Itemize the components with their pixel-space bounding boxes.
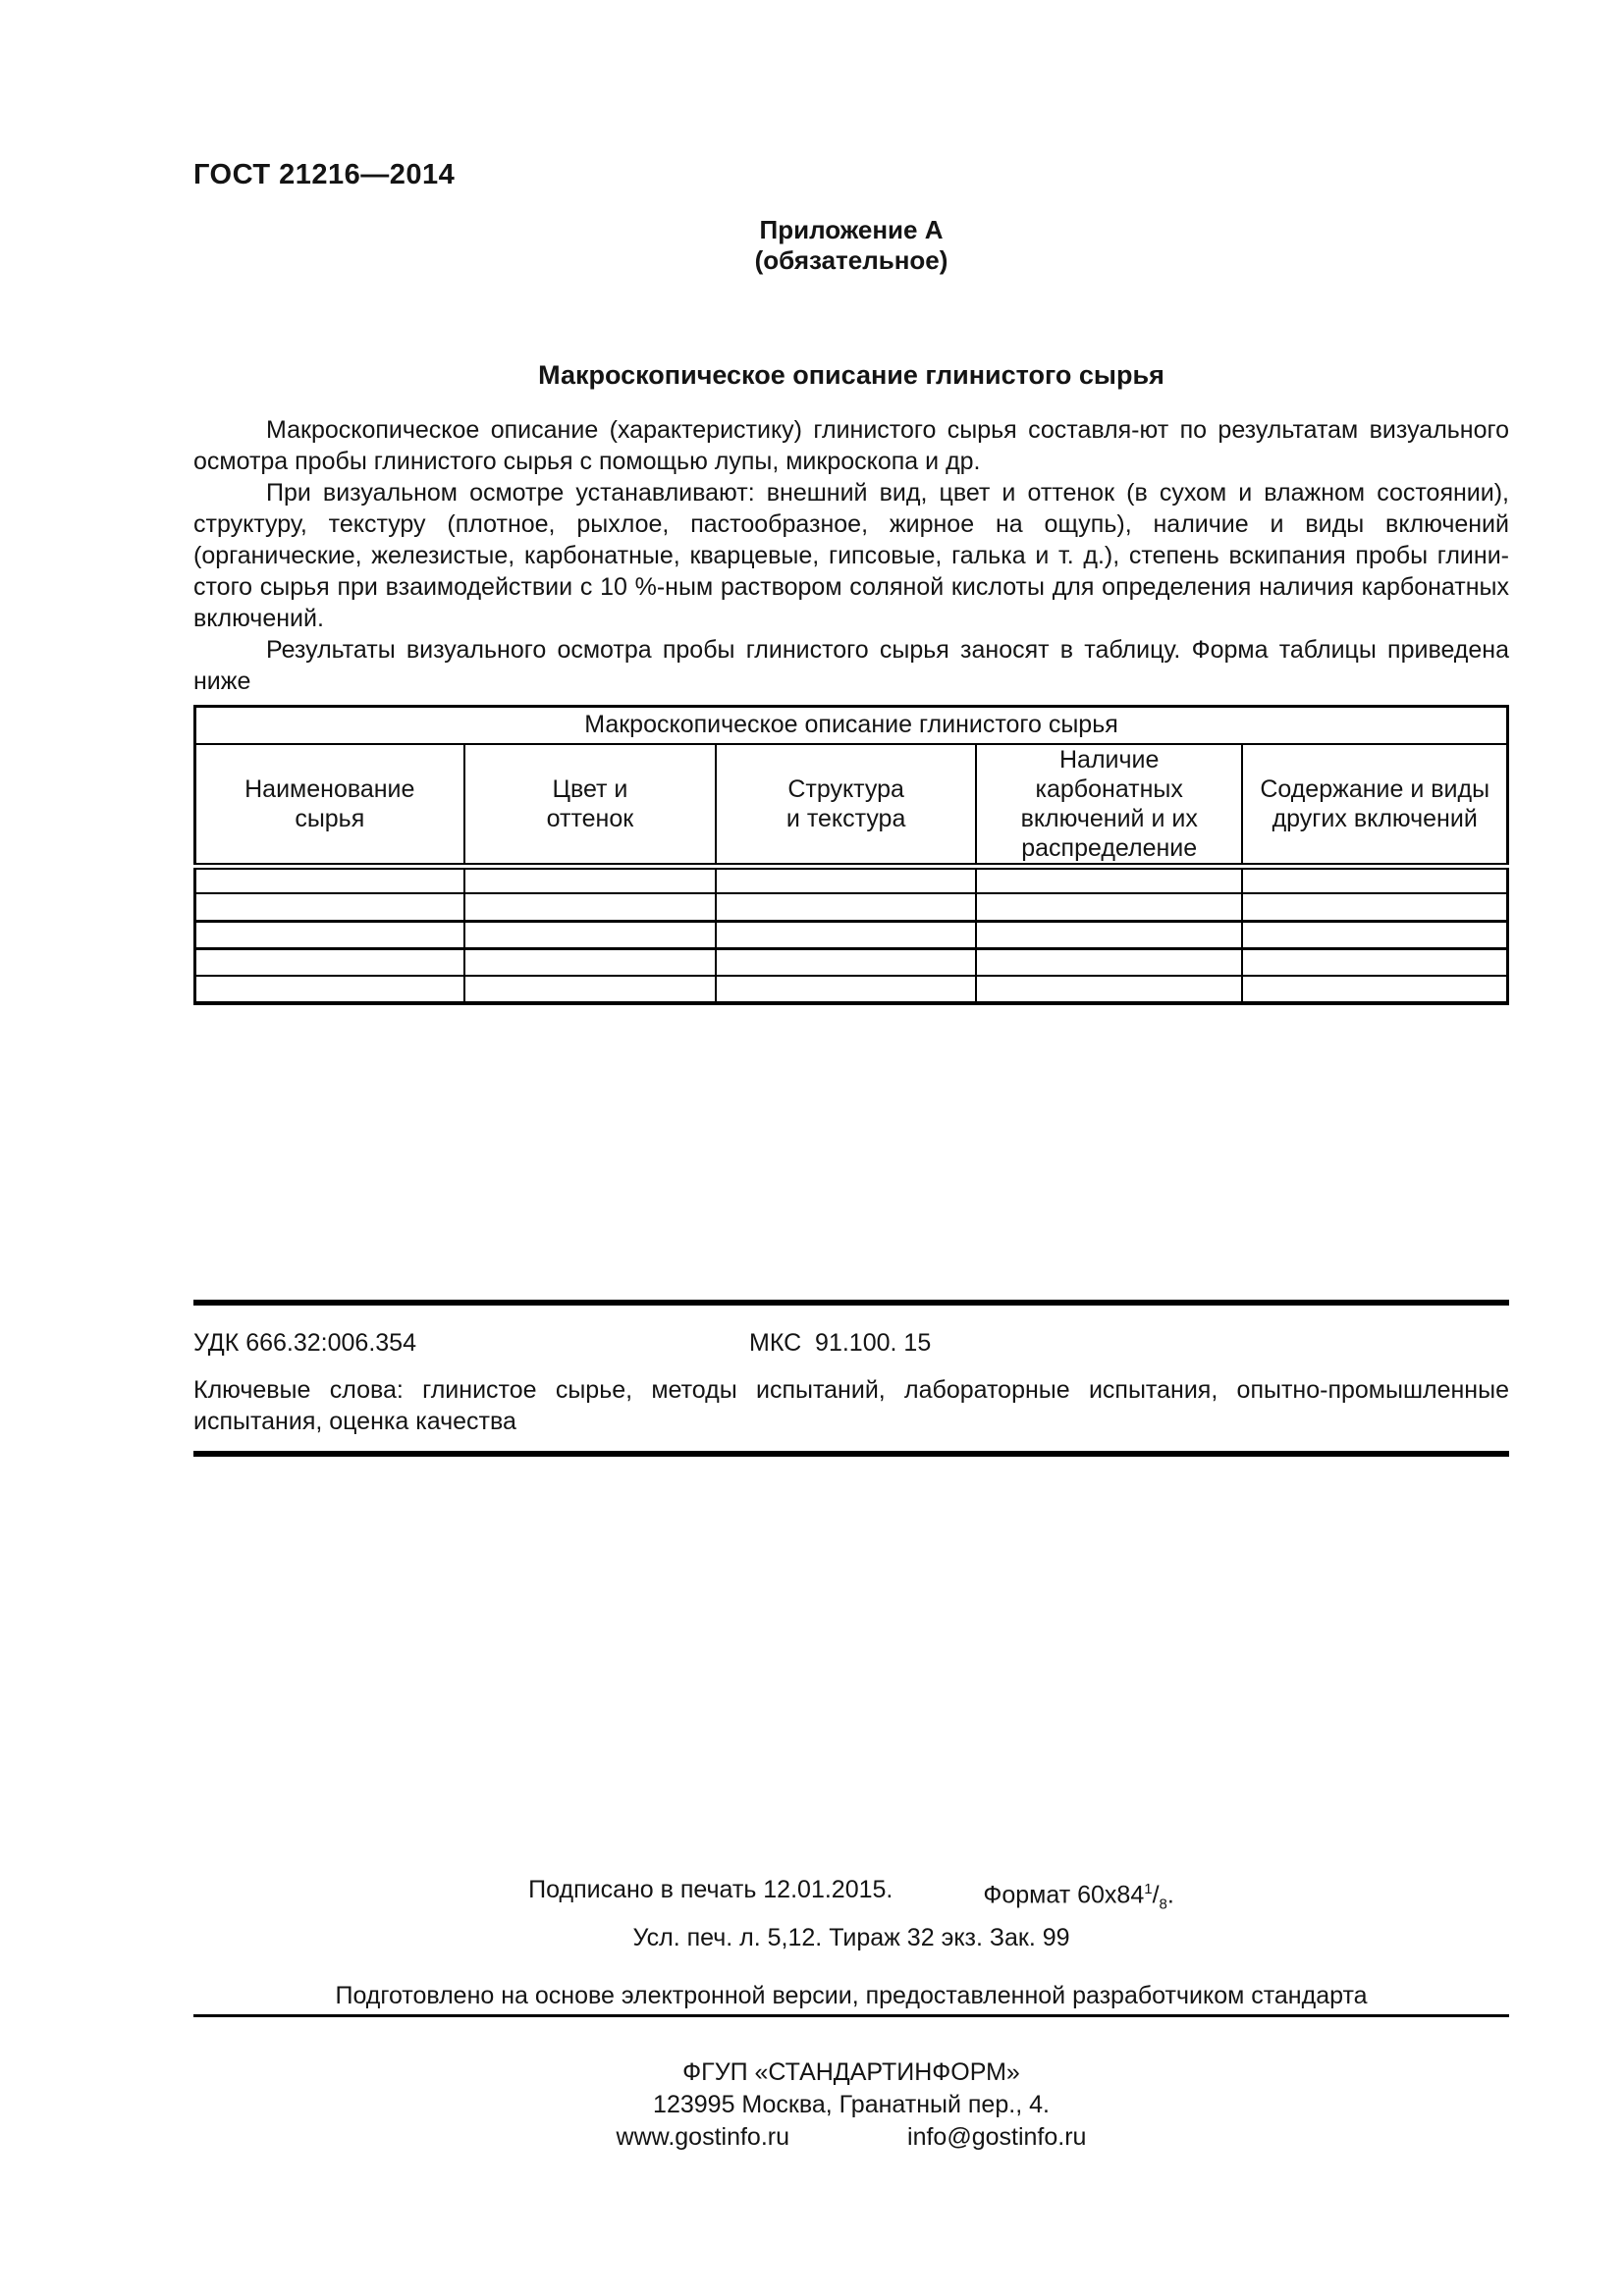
empty-cell <box>716 866 976 893</box>
empty-cell <box>716 921 976 948</box>
publisher-name: ФГУП «СТАНДАРТИНФОРМ» <box>193 2056 1509 2089</box>
signed-to-print: Подписано в печать 12.01.2015. <box>528 1873 893 1921</box>
document-page: ГОСТ 21216—2014 Приложение А (обязательн… <box>0 0 1624 2296</box>
empty-data-row <box>195 893 1508 921</box>
imprint-block: Подписано в печать 12.01.2015. Формат 60… <box>193 1873 1509 1954</box>
empty-cell <box>976 948 1242 976</box>
publisher-links: www.gostinfo.ru info@gostinfo.ru <box>193 2121 1509 2154</box>
empty-cell <box>195 893 464 921</box>
empty-cell <box>976 976 1242 1003</box>
empty-cell <box>1242 976 1507 1003</box>
empty-data-row <box>195 948 1508 976</box>
empty-cell <box>716 893 976 921</box>
table-header-row: Наименование сырьяЦвет и оттенокСтруктур… <box>195 744 1508 867</box>
mks-code: МКС 91.100. 15 <box>749 1327 931 1359</box>
udk-section: УДК 666.32:006.354 МКС 91.100. 15 Ключев… <box>193 1300 1509 1457</box>
empty-data-row <box>195 921 1508 948</box>
doc-number: ГОСТ 21216—2014 <box>193 159 1509 191</box>
empty-cell <box>716 948 976 976</box>
appendix-heading: Приложение А (обязательное) <box>193 215 1509 276</box>
publisher-email: info@gostinfo.ru <box>907 2121 1086 2154</box>
empty-cell <box>195 866 464 893</box>
empty-cell <box>464 921 717 948</box>
description-table: Макроскопическое описание глинистого сыр… <box>193 705 1509 1005</box>
column-header: Структура и текстура <box>716 744 976 867</box>
section-title: Макроскопическое описание глинистого сыр… <box>193 360 1509 391</box>
empty-cell <box>195 921 464 948</box>
empty-cell <box>464 893 717 921</box>
column-header: Содержание и виды других включений <box>1242 744 1507 867</box>
udk-line: УДК 666.32:006.354 МКС 91.100. 15 <box>193 1327 1509 1359</box>
imprint-line-1: Подписано в печать 12.01.2015. Формат 60… <box>193 1873 1509 1921</box>
paragraph: При визуальном осмотре устанавливают: вн… <box>193 477 1509 634</box>
publisher-block: ФГУП «СТАНДАРТИНФОРМ» 123995 Москва, Гра… <box>193 2056 1509 2154</box>
empty-cell <box>1242 866 1507 893</box>
empty-cell <box>464 976 717 1003</box>
empty-cell <box>1242 893 1507 921</box>
empty-data-row <box>195 866 1508 893</box>
table-caption: Макроскопическое описание глинистого сыр… <box>195 707 1508 744</box>
keywords: Ключевые слова: глинистое сырье, методы … <box>193 1374 1509 1437</box>
publisher-address: 123995 Москва, Гранатный пер., 4. <box>193 2089 1509 2121</box>
empty-cell <box>976 866 1242 893</box>
empty-cell <box>1242 921 1507 948</box>
format-spec: Формат 60х841/8. <box>983 1873 1173 1921</box>
fraction-slash: / <box>1153 1881 1160 1908</box>
fraction-numerator: 1 <box>1144 1881 1152 1897</box>
fraction-denominator: 8 <box>1160 1896 1167 1912</box>
publisher-site: www.gostinfo.ru <box>617 2121 789 2154</box>
appendix-type: (обязательное) <box>193 245 1509 276</box>
empty-cell <box>464 866 717 893</box>
table-caption-row: Макроскопическое описание глинистого сыр… <box>195 707 1508 744</box>
column-header: Цвет и оттенок <box>464 744 717 867</box>
empty-cell <box>976 893 1242 921</box>
empty-cell <box>195 976 464 1003</box>
prepared-note: Подготовлено на основе электронной верси… <box>193 1980 1509 2017</box>
column-header: Наименование сырья <box>195 744 464 867</box>
paragraph: Макроскопическое описание (характеристик… <box>193 414 1509 477</box>
empty-cell <box>195 948 464 976</box>
column-header: Наличие карбонатных включений и их распр… <box>976 744 1242 867</box>
appendix-title: Приложение А <box>193 215 1509 245</box>
udk-code: УДК 666.32:006.354 <box>193 1329 416 1357</box>
empty-cell <box>976 921 1242 948</box>
empty-data-row <box>195 976 1508 1003</box>
imprint-line-2: Усл. печ. л. 5,12. Тираж 32 экз. Зак. 99 <box>193 1921 1509 1954</box>
empty-cell <box>716 976 976 1003</box>
empty-cell <box>1242 948 1507 976</box>
paragraph: Результаты визуального осмотра пробы гли… <box>193 634 1509 697</box>
empty-cell <box>464 948 717 976</box>
